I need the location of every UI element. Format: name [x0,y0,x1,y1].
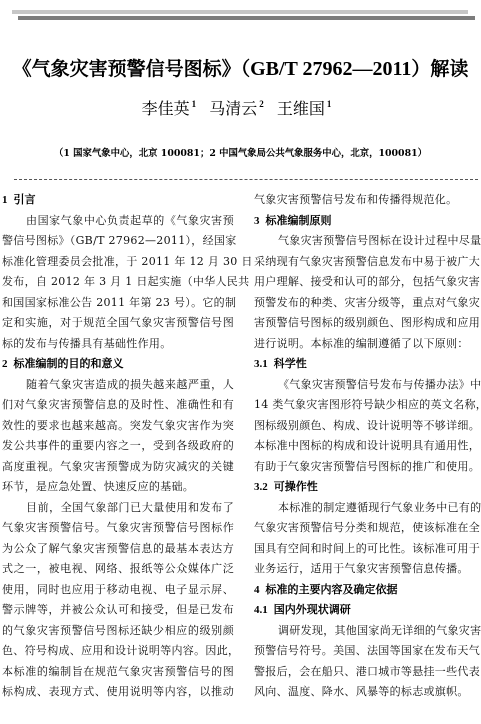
right-column: 气象灾害预警信号发布和传播得规范化。 3标准编制原则 气象灾害预警信号图标在设计… [254,190,479,703]
paragraph-line: 警信号图标》（GB/T 27962—2011），经国家 [2,231,234,252]
paragraph-line: 警报后，会在船只、港口城市等悬挂一些代表 [254,662,479,683]
author-list: 李佳英1 马清云2 王维国1 [0,96,481,119]
header-rule-dark [18,16,475,20]
header-rule-light [12,10,468,14]
paragraph-line: 国具有空间和时间上的可比性。该标准可用于 [254,539,479,560]
title-standard-code: GB/T 27962—2011 [250,58,411,80]
section-heading: 2标准编制的目的和意义 [2,354,234,375]
affiliation-line: （1 国家气象中心，北京 100081；2 中国气象局公共气象服务中心，北京，1… [0,145,481,159]
title-suffix: ）解读 [411,58,468,80]
section-number: 2 [2,358,8,370]
author-affiliation-mark: 2 [259,99,264,109]
paragraph-line: 采纳现有气象灾害预警信息发布中易于被广大 [254,252,479,273]
paragraph-line: 调研发现，其他国家尚无详细的气象灾害 [254,621,479,642]
paragraph-line: 业务运行，适用于气象灾害预警信息传播。 [254,559,479,580]
author-name: 李佳英 [142,99,190,118]
paragraph-line: 有助于气象灾害预警信号图标的推广和使用。 [254,457,479,478]
title-prefix: 《气象灾害预警信号图标》（ [13,58,251,80]
paragraph-line: 由国家气象中心负责起草的《气象灾害预 [2,211,234,232]
paragraph-line: 标准化管理委员会批准，于 2011 年 12 月 30 日 [2,252,234,273]
paragraph-line: 风向、温度、降水、风暴等的标志或旗帜。 [254,682,479,703]
section-title: 可操作性 [274,480,318,493]
paragraph-line: 标构成、表现方式、使用说明等内容，以推动 [2,682,234,703]
paragraph-line: 本标准的编制旨在规范气象灾害预警信号的图 [2,662,234,683]
paragraph-line: 们对气象灾害预警信息的及时性、准确性和有 [2,395,234,416]
section-divider [14,179,478,180]
section-title: 标准编制的目的和意义 [14,357,124,370]
paragraph-line: 发布，自 2012 年 3 月 1 日起实施（中华人民共 [2,272,234,293]
section-number: 3 [254,215,260,227]
paragraph-line: 气象灾害预警信号图标在设计过程中尽量 [254,231,479,252]
paragraph-line: 的气象灾害预警信号图标还缺少相应的级别颜 [2,621,234,642]
paragraph-line: 目前，全国气象部门已大量使用和发布了 [2,498,234,519]
left-column: 1引言 由国家气象中心负责起草的《气象灾害预 警信号图标》（GB/T 27962… [2,190,234,703]
paragraph-line: 和国国家标准公告 2011 年第 23 号）。它的制 [2,293,234,314]
paragraph-line: 预警信号符号。美国、法国等国家在发布天气 [254,641,479,662]
paragraph-line: 14 类气象灾害图形符号缺少相应的英文名称， [254,395,479,416]
subsection-heading: 3.2可操作性 [254,477,479,498]
section-number: 4 [254,584,260,596]
paragraph-line: 《气象灾害预警信号发布与传播办法》中 [254,375,479,396]
paragraph-line: 色、符号构成、应用和设计说明等内容。因此， [2,641,234,662]
paragraph-line: 效性的要求也越来越高。突发气象灾害作为突 [2,416,234,437]
paragraph-line: 预警发布的种类、灾害分级等，重点对气象灾 [254,293,479,314]
section-number: 1 [2,194,8,206]
paragraph-line: 本标准中图标的构成和设计说明具有通用性， [254,436,479,457]
paragraph-line: 害预警信号图标的级别颜色、图形构成和应用 [254,313,479,334]
subsection-heading: 4.1国内外现状调研 [254,600,479,621]
section-heading: 4标准的主要内容及确定依据 [254,580,479,601]
paragraph-line: 使用，同时也应用于移动电视、电子显示屏、 [2,580,234,601]
section-title: 国内外现状调研 [274,603,351,616]
author-affiliation-mark: 1 [192,99,197,109]
paragraph-line: 气象灾害预警信号分类和规范，使该标准在全 [254,518,479,539]
paragraph-line: 定和实施，对于规范全国气象灾害预警信号图 [2,313,234,334]
section-heading: 1引言 [2,190,234,211]
paragraph-line: 气象灾害预警信号发布和传播得规范化。 [254,190,479,211]
section-title: 引言 [14,193,36,206]
paragraph-line: 为公众了解气象灾害预警信息的最基本表达方 [2,539,234,560]
paragraph-line: 式之一，被电视、网络、报纸等公众媒体广泛 [2,559,234,580]
paragraph-line: 标的发布与传播具有基础性作用。 [2,334,234,355]
subsection-heading: 3.1科学性 [254,354,479,375]
author-name: 王维国 [277,99,325,118]
paragraph-line: 高度重视。气象灾害预警成为防灾减灾的关键 [2,457,234,478]
paragraph-line: 用户理解、接受和认可的部分，包括气象灾害 [254,272,479,293]
paragraph-line: 本标准的制定遵循现行气象业务中已有的 [254,498,479,519]
paragraph-line: 进行说明。本标准的编制遵循了以下原则： [254,334,479,355]
paragraph-line: 环节，是应急处置、快速反应的基础。 [2,477,234,498]
author-name: 马清云 [209,99,257,118]
paper-title: 《气象灾害预警信号图标》（GB/T 27962—2011）解读 [0,54,481,81]
section-number: 3.1 [254,358,268,370]
section-number: 4.1 [254,604,268,616]
section-heading: 3标准编制原则 [254,211,479,232]
section-title: 标准的主要内容及确定依据 [266,583,398,596]
author-affiliation-mark: 1 [327,99,332,109]
paragraph-line: 图标级别颜色、构成、设计说明等不够详细。 [254,416,479,437]
section-title: 标准编制原则 [266,214,332,227]
section-title: 科学性 [274,357,307,370]
paragraph-line: 发公共事件的重要内容之一，受到各级政府的 [2,436,234,457]
section-number: 3.2 [254,481,268,493]
paragraph-line: 警示牌等，并被公众认可和接受，但是已发布 [2,600,234,621]
paragraph-line: 气象灾害预警信号。气象灾害预警信号图标作 [2,518,234,539]
paragraph-line: 随着气象灾害造成的损失越来越严重，人 [2,375,234,396]
